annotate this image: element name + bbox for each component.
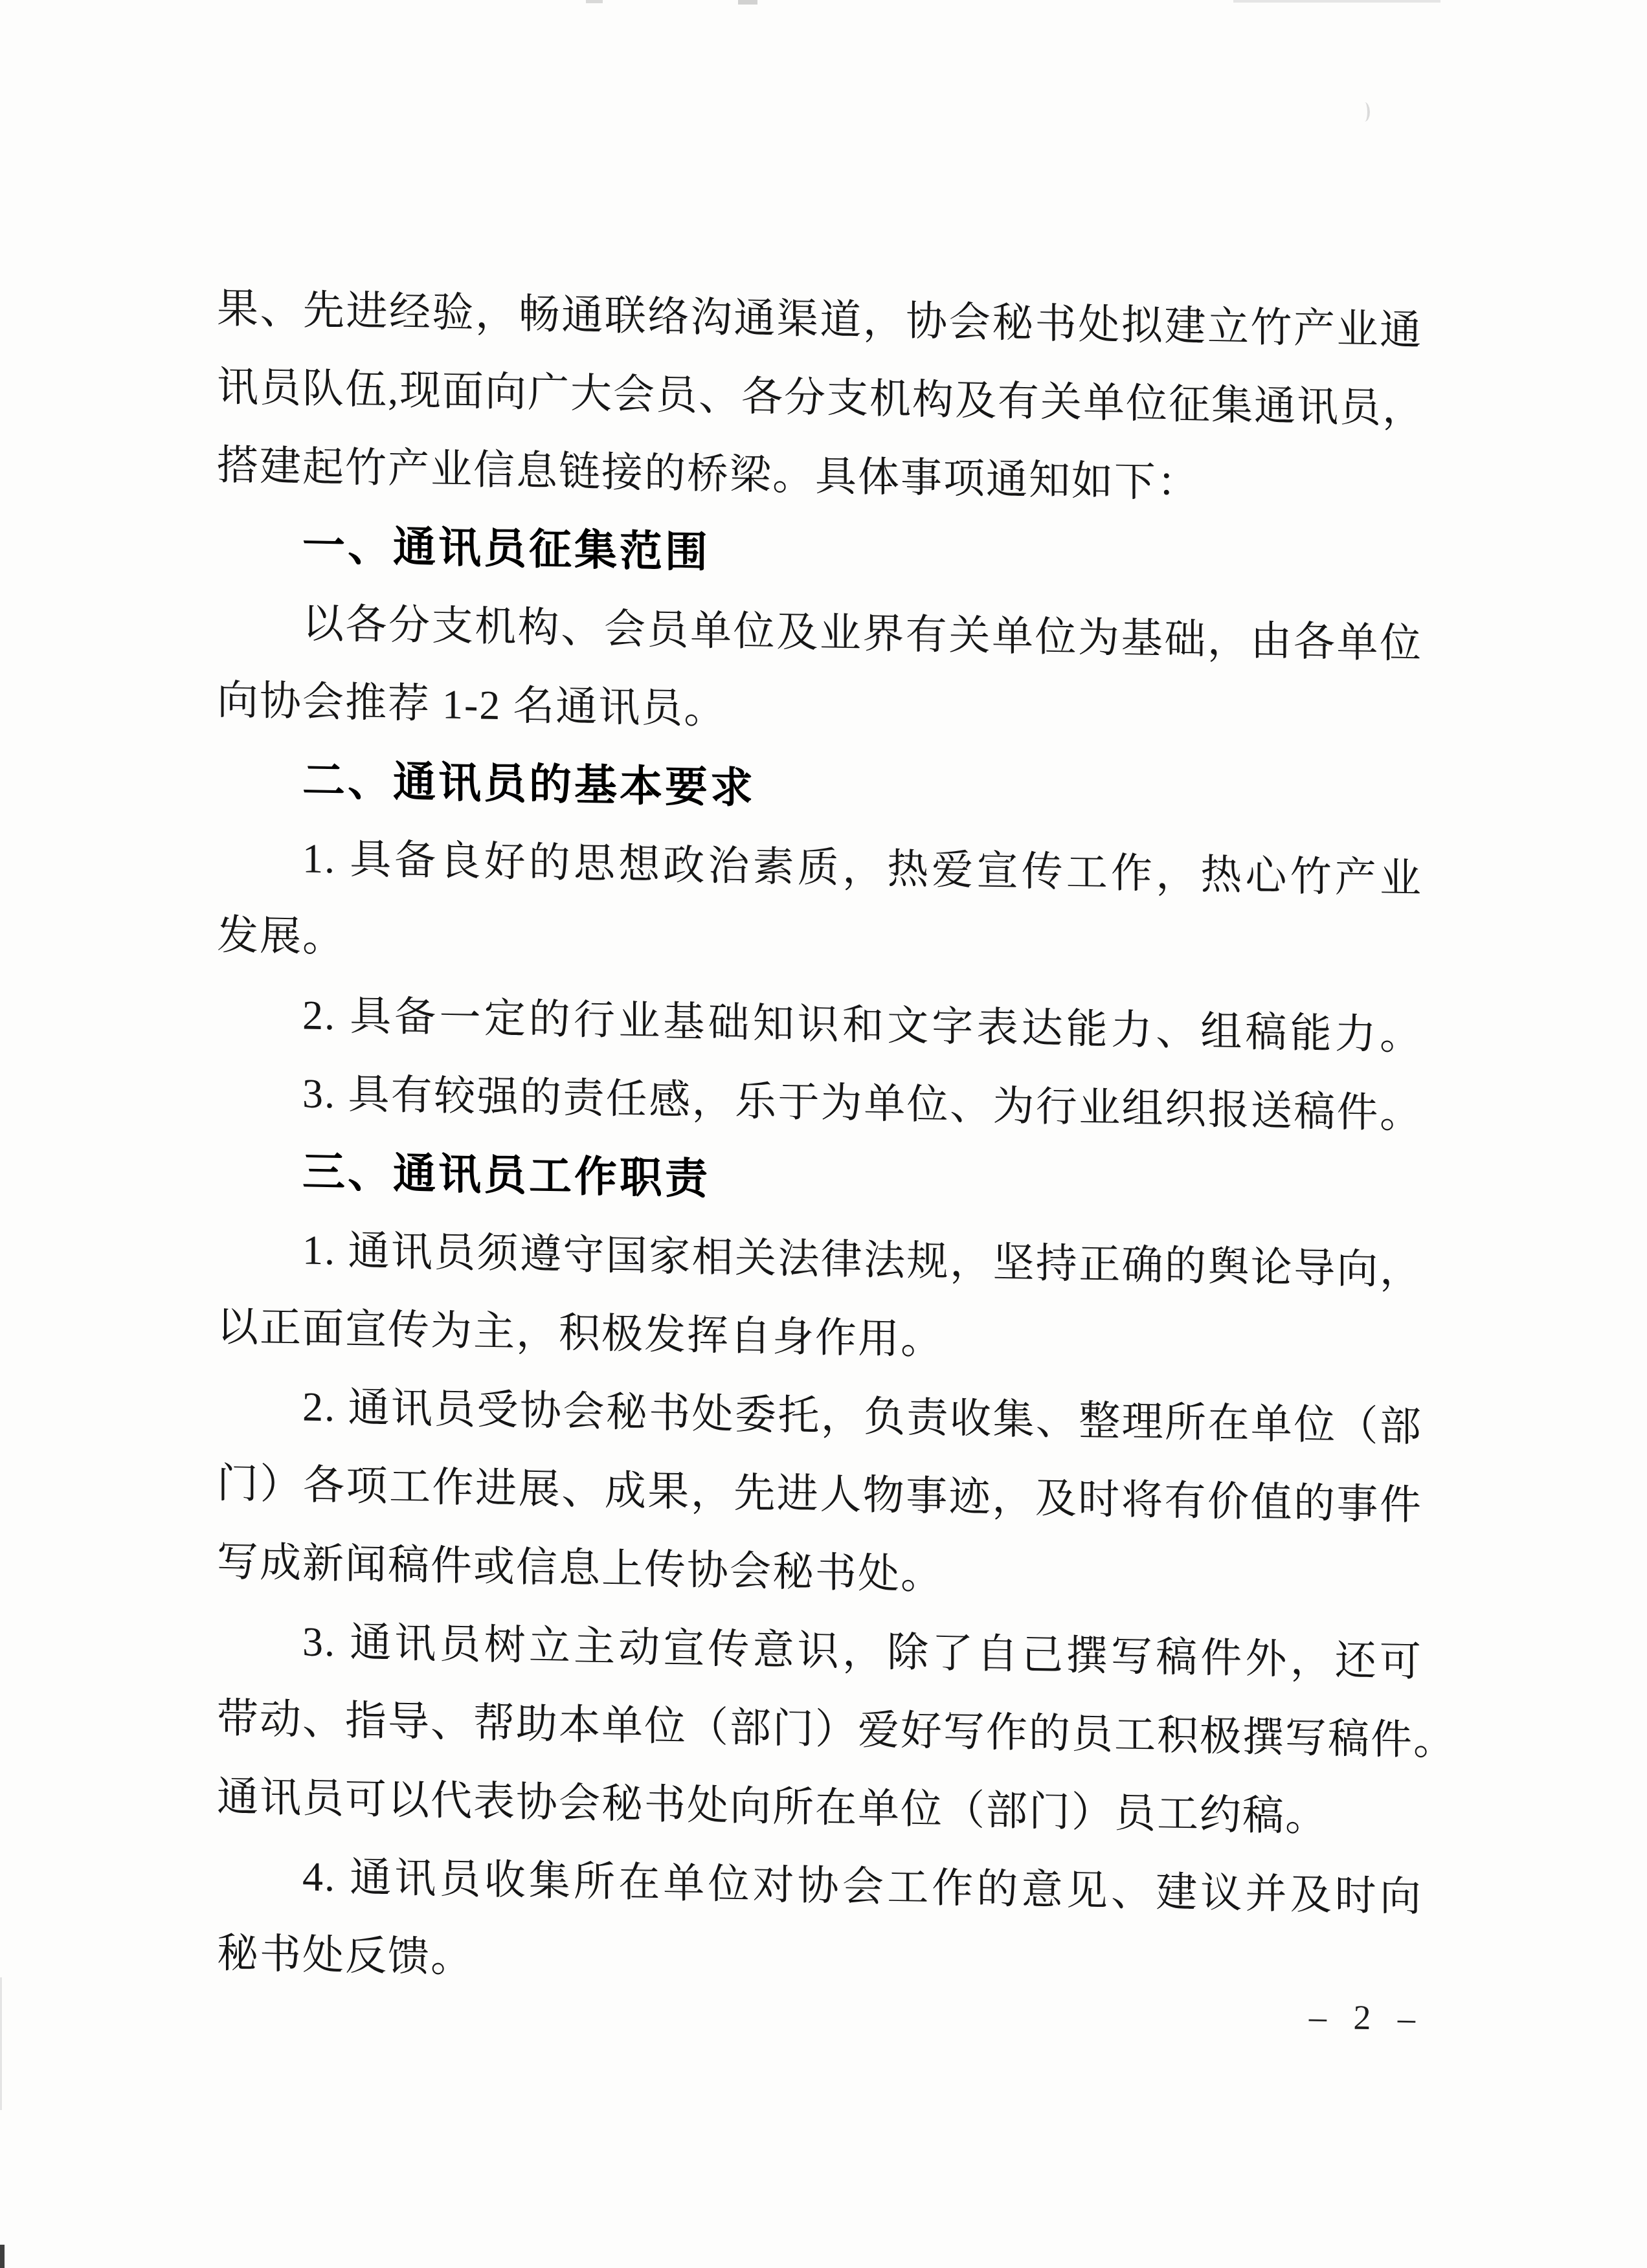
scan-speck-artifact [738,0,757,5]
page-number: – 2 – [1309,1997,1425,2038]
scan-corner-mark-artifact [0,2245,5,2268]
scan-edge-artifact [0,1977,2,2110]
scan-speck-artifact [1233,0,1440,3]
scan-speck-artifact [586,0,603,3]
scan-curl-mark-artifact [1360,102,1370,122]
document-body: 果、先进经验，畅通联络沟通渠道，协会秘书处拟建立竹产业通讯员队伍,现面向广大会员… [217,269,1422,2014]
scanned-document-page: 果、先进经验，畅通联络沟通渠道，协会秘书处拟建立竹产业通讯员队伍,现面向广大会员… [0,0,1647,2268]
